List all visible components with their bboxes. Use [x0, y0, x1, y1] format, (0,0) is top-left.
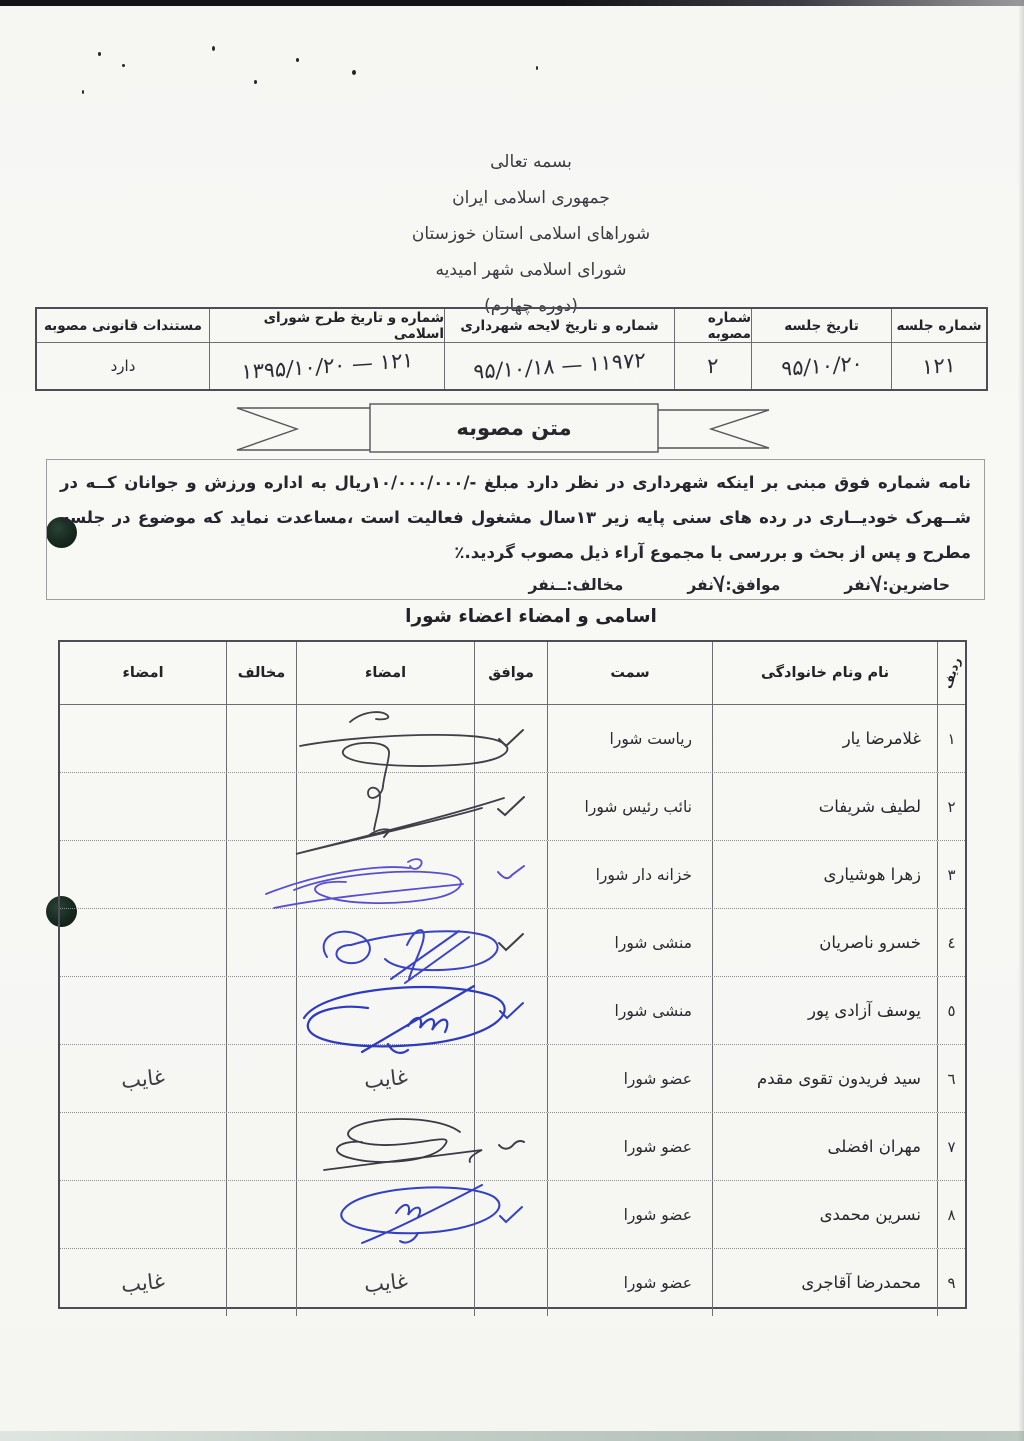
- member-position: عضو شورا: [547, 1249, 712, 1316]
- member-position: خزانه دار شورا: [547, 841, 712, 908]
- agree-check-icon: [496, 795, 526, 819]
- col-session-number: شماره جلسه: [891, 309, 986, 342]
- col-resolution-number: شماره مصوبه: [674, 309, 751, 342]
- oppose-cell: [226, 1045, 296, 1112]
- header-name: نام ونام خانوادگی: [712, 642, 937, 704]
- member-name: مهران افضلی: [712, 1113, 937, 1180]
- agree-check-icon: [496, 863, 526, 887]
- absent-note-handwritten: غایب: [120, 1268, 166, 1296]
- resolution-text: نامه شماره فوق مبنی بر اینکه شهرداری در …: [47, 460, 984, 570]
- oppose-cell: [226, 773, 296, 840]
- scanned-council-resolution-page: بسمه تعالی جمهوری اسلامی ایران شوراهای ا…: [0, 0, 1024, 1441]
- signature-cell: [296, 773, 474, 840]
- signature-cell-2: غایب: [60, 1249, 226, 1316]
- agree-cell: [474, 1113, 547, 1180]
- signature-cell-2: [60, 705, 226, 772]
- oppose-cell: [226, 1113, 296, 1180]
- plan-number-date-value: ۱۲۱ — ۱۳۹۵/۱۰/۲۰: [240, 348, 413, 384]
- agree-count: موافق:۷نفر: [687, 567, 780, 596]
- member-position: عضو شورا: [547, 1181, 712, 1248]
- oppose-cell: [226, 705, 296, 772]
- signature-cell-2: [60, 1113, 226, 1180]
- header-oppose: مخالف: [226, 642, 296, 704]
- vote-stats-line: حاضرین:۷نفر موافق:۷نفر مخالف:ــنفر: [47, 567, 984, 596]
- member-row-5: ٥ یوسف آزادی پور منشی شورا: [60, 977, 965, 1045]
- members-header-row: ردیف نام ونام خانوادگی سمت موافق امضاء م…: [60, 642, 965, 705]
- signature-cell-2: [60, 1181, 226, 1248]
- col-bill-number-date: شماره و تاریخ لایحه شهرداری: [444, 309, 674, 342]
- session-date-value: ۹۵/۱۰/۲۰: [780, 351, 862, 381]
- session-number-value: ۱۲۱: [922, 353, 957, 379]
- member-row-8: ۸ نسرین محمدی عضو شورا: [60, 1181, 965, 1249]
- agree-check-icon: [496, 727, 526, 751]
- agree-cell: [474, 1181, 547, 1248]
- agree-cell: [474, 773, 547, 840]
- agree-check-icon: [496, 931, 526, 955]
- signature-cell-2: [60, 841, 226, 908]
- absent-note-handwritten: غایب: [362, 1064, 408, 1092]
- members-section-title: اسامی و امضاء اعضاء شورا: [38, 606, 1024, 627]
- header-agree: موافق: [474, 642, 547, 704]
- letterhead: بسمه تعالی جمهوری اسلامی ایران شوراهای ا…: [38, 144, 1024, 324]
- letterhead-line-province-councils: شوراهای اسلامی استان خوزستان: [38, 216, 1024, 252]
- signature-cell: [296, 841, 474, 908]
- present-count-handwritten: ۷: [868, 568, 885, 599]
- absent-note-handwritten: غایب: [362, 1268, 408, 1296]
- bill-number-date-value: ۱۱۹۷۲ — ۹۵/۱۰/۱۸: [473, 348, 646, 384]
- legal-docs-value: دارد: [111, 357, 136, 375]
- member-position: نائب رئیس شورا: [547, 773, 712, 840]
- oppose-cell: [226, 909, 296, 976]
- session-info-table: شماره جلسه تاریخ جلسه شماره مصوبه شماره …: [35, 307, 988, 391]
- scan-edge-top: [0, 0, 1024, 6]
- member-row-1: ۱ غلامرضا یار ریاست شورا: [60, 705, 965, 773]
- member-row-3: ۳ زهرا هوشیاری خزانه دار شورا: [60, 841, 965, 909]
- absent-note-handwritten: غایب: [120, 1064, 166, 1092]
- signature-cell: غایب: [296, 1045, 474, 1112]
- agree-cell: [474, 1045, 547, 1112]
- agree-cell: [474, 1249, 547, 1316]
- present-count: حاضرین:۷نفر: [844, 567, 950, 596]
- resolution-banner: متن مصوبه: [233, 398, 773, 460]
- col-session-date: تاریخ جلسه: [751, 309, 891, 342]
- session-info-value-row: ۱۲۱ ۹۵/۱۰/۲۰ ۲ ۱۱۹۷۲ — ۹۵/۱۰/۱۸ ۱۲۱ — ۱۳…: [37, 343, 986, 389]
- signature-cell-2: غایب: [60, 1045, 226, 1112]
- member-name: زهرا هوشیاری: [712, 841, 937, 908]
- member-position: منشی شورا: [547, 977, 712, 1044]
- scan-edge-bottom: [0, 1431, 1024, 1441]
- resolution-number-value: ۲: [707, 354, 719, 379]
- resolution-box: نامه شماره فوق مبنی بر اینکه شهرداری در …: [46, 459, 985, 600]
- signature-cell: غایب: [296, 1249, 474, 1316]
- signature-cell-2: [60, 773, 226, 840]
- signature-cell: [296, 909, 474, 976]
- col-legal-docs: مستندات قانونی مصوبه: [37, 309, 209, 342]
- oppose-cell: [226, 1249, 296, 1316]
- letterhead-line-bismillah: بسمه تعالی: [38, 144, 1024, 180]
- agree-check-icon: [496, 1203, 526, 1227]
- member-name: نسرین محمدی: [712, 1181, 937, 1248]
- member-row-4: ٤ خسرو ناصریان منشی شورا: [60, 909, 965, 977]
- letterhead-line-country: جمهوری اسلامی ایران: [38, 180, 1024, 216]
- agree-cell: [474, 705, 547, 772]
- member-position: عضو شورا: [547, 1045, 712, 1112]
- agree-cell: [474, 977, 547, 1044]
- member-position: عضو شورا: [547, 1113, 712, 1180]
- header-signature: امضاء: [296, 642, 474, 704]
- header-signature-2: امضاء: [60, 642, 226, 704]
- oppose-cell: [226, 841, 296, 908]
- oppose-cell: [226, 1181, 296, 1248]
- member-row-6: ٦ سید فریدون تقوی مقدم عضو شورا غایب غای…: [60, 1045, 965, 1113]
- oppose-count: مخالف:ــنفر: [529, 576, 624, 594]
- signature-cell: [296, 1181, 474, 1248]
- header-row-number: ردیف: [940, 656, 963, 691]
- signature-cell-2: [60, 977, 226, 1044]
- signature-cell: [296, 705, 474, 772]
- signature-cell: [296, 977, 474, 1044]
- member-row-2: ۲ لطیف شریفات نائب رئیس شورا: [60, 773, 965, 841]
- oppose-cell: [226, 977, 296, 1044]
- member-row-7: ۷ مهران افضلی عضو شورا: [60, 1113, 965, 1181]
- member-position: منشی شورا: [547, 909, 712, 976]
- agree-count-handwritten: ۷: [711, 568, 728, 599]
- agree-check-icon: [496, 999, 526, 1023]
- header-position: سمت: [547, 642, 712, 704]
- member-name: خسرو ناصریان: [712, 909, 937, 976]
- agree-cell: [474, 909, 547, 976]
- member-row-9: ۹ محمدرضا آقاجری عضو شورا غایب غایب: [60, 1249, 965, 1316]
- members-table: ردیف نام ونام خانوادگی سمت موافق امضاء م…: [58, 640, 967, 1309]
- member-name: یوسف آزادی پور: [712, 977, 937, 1044]
- agree-cell: [474, 841, 547, 908]
- signature-cell-2: [60, 909, 226, 976]
- member-name: لطیف شریفات: [712, 773, 937, 840]
- session-info-header-row: شماره جلسه تاریخ جلسه شماره مصوبه شماره …: [37, 309, 986, 343]
- member-name: سید فریدون تقوی مقدم: [712, 1045, 937, 1112]
- member-position: ریاست شورا: [547, 705, 712, 772]
- member-name: محمدرضا آقاجری: [712, 1249, 937, 1316]
- agree-check-icon: [496, 1135, 526, 1159]
- banner-title: متن مصوبه: [370, 404, 658, 452]
- letterhead-line-city-council: شورای اسلامی شهر امیدیه: [38, 252, 1024, 288]
- signature-cell: [296, 1113, 474, 1180]
- member-name: غلامرضا یار: [712, 705, 937, 772]
- col-plan-number-date: شماره و تاریخ طرح شورای اسلامی: [209, 309, 444, 342]
